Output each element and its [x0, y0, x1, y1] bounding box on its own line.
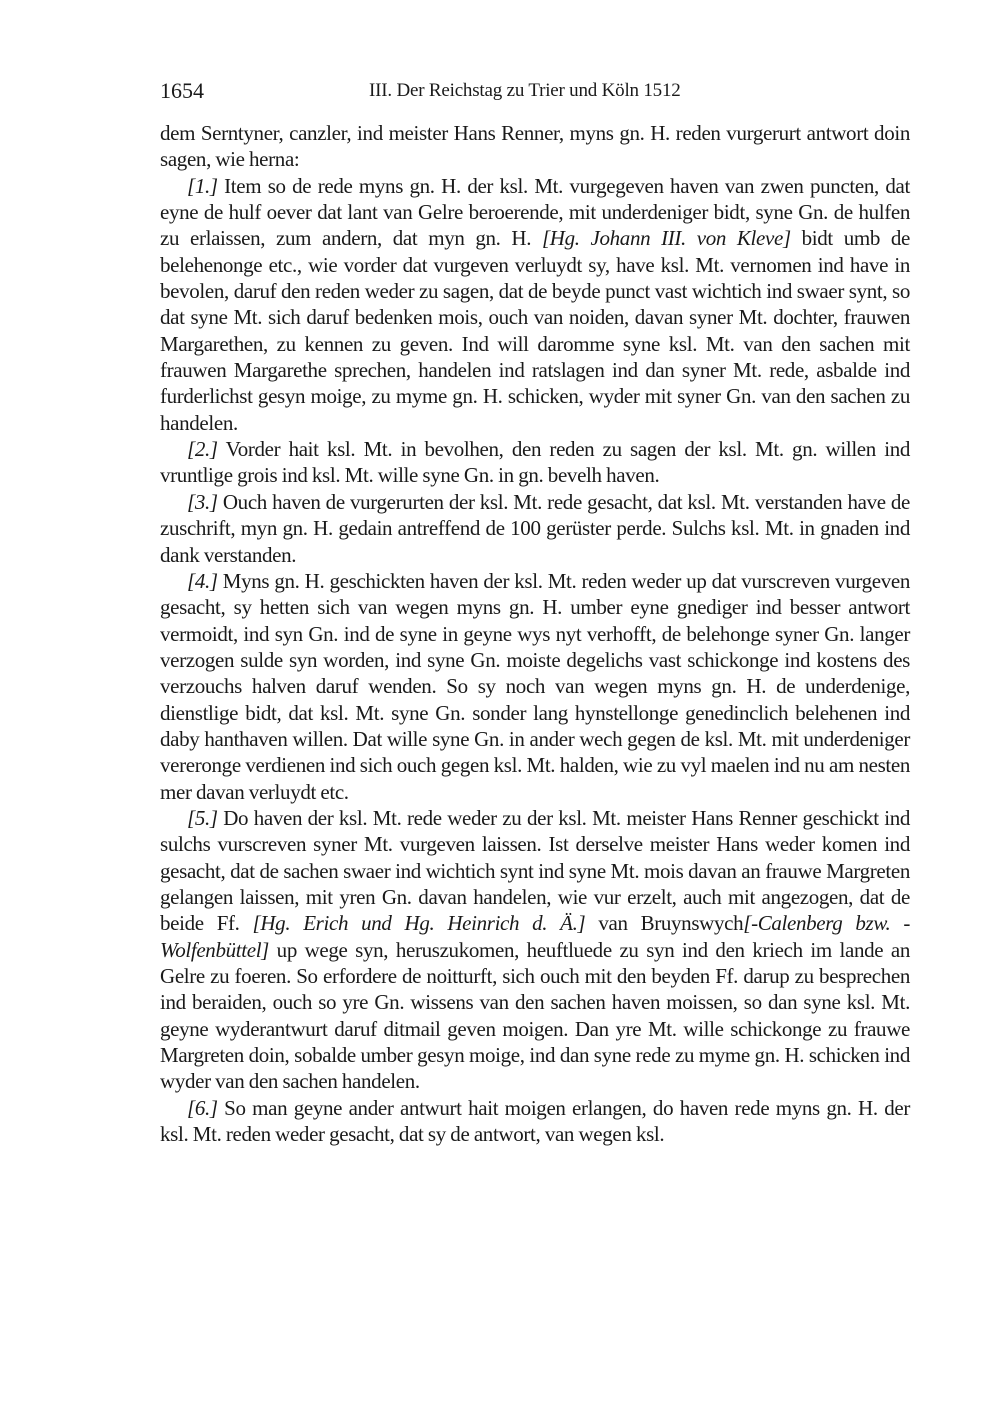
paragraph-text: Ouch haven de vurgerurten der ksl. Mt. r… [160, 490, 910, 567]
paragraph-number: [4.] [187, 569, 218, 593]
paragraph-2: [2.] Vorder hait ksl. Mt. in bevolhen, d… [160, 436, 910, 489]
paragraph-number: [2.] [187, 437, 218, 461]
paragraph-text: Vorder hait ksl. Mt. in bevolhen, den re… [160, 437, 910, 487]
paragraph-number: [3.] [187, 490, 218, 514]
paragraph-number: [1.] [187, 174, 218, 198]
opening-paragraph: dem Serntyner, canzler, ind meister Hans… [160, 120, 910, 173]
paragraph-5: [5.] Do haven der ksl. Mt. rede weder zu… [160, 805, 910, 1095]
running-title: III. Der Reichstag zu Trier und Köln 151… [369, 80, 681, 102]
running-head: 1654 III. Der Reichstag zu Trier und Köl… [160, 78, 910, 110]
paragraph-3: [3.] Ouch haven de vurgerurten der ksl. … [160, 489, 910, 568]
paragraph-number: [5.] [187, 806, 218, 830]
paragraph-text: bidt umb de belehenonge etc., wie vorder… [160, 226, 910, 434]
paragraph-text: van Bruynswych [585, 911, 743, 935]
document-page: 1654 III. Der Reichstag zu Trier und Köl… [160, 78, 910, 1147]
page-number: 1654 [160, 78, 204, 104]
paragraph-text: Myns gn. H. geschickten haven der ksl. M… [160, 569, 910, 804]
paragraph-1: [1.] Item so de rede myns gn. H. der ksl… [160, 173, 910, 436]
paragraph-text: up wege syn, heruszukomen, heuftluede zu… [160, 938, 910, 1094]
editorial-note: [Hg. Erich und Hg. Heinrich d. Ä.] [253, 911, 586, 935]
paragraph-number: [6.] [187, 1096, 218, 1120]
paragraph-4: [4.] Myns gn. H. geschickten haven der k… [160, 568, 910, 805]
paragraph-text: So man geyne ander antwurt hait moigen e… [160, 1096, 910, 1146]
paragraph-6: [6.] So man geyne ander antwurt hait moi… [160, 1095, 910, 1148]
body-text: dem Serntyner, canzler, ind meister Hans… [160, 120, 910, 1147]
editorial-note: [Hg. Johann III. von Kleve] [542, 226, 791, 250]
